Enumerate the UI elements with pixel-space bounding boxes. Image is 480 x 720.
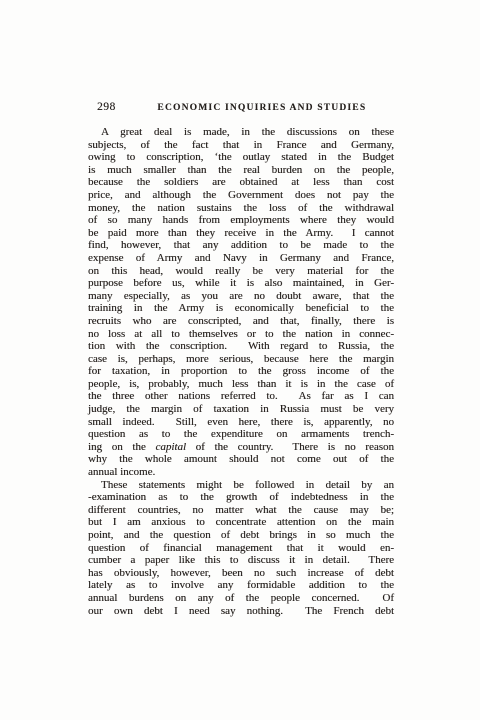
text-line: judge, the margin of taxation in Russia … — [88, 403, 394, 416]
text-line: purpose before us, while it is also main… — [88, 277, 394, 290]
text-line: small indeed. Still, even here, there is… — [88, 416, 394, 429]
text-line: annual income. — [88, 466, 394, 479]
text-line: different countries, no matter what the … — [88, 504, 394, 517]
text-line: cumber a paper like this to discuss it i… — [88, 554, 394, 567]
text-line: money, the nation sustains the loss of t… — [88, 202, 394, 215]
text-line: lately as to involve any formidable addi… — [88, 579, 394, 592]
paragraph-2: These statements might be followed in de… — [88, 479, 394, 618]
text-line: no loss at all to themselves or to the n… — [88, 328, 394, 341]
text-line: the three other nations referred to. As … — [88, 390, 394, 403]
text-block: A great deal is made, in the discussions… — [88, 126, 394, 617]
text-line: These statements might be followed in de… — [88, 479, 394, 492]
text-line: find, however, that any addition to be m… — [88, 239, 394, 252]
text-line: training in the Army is economically ben… — [88, 302, 394, 315]
text-line: our own debt I need say nothing. The Fre… — [88, 605, 394, 618]
text-line: annual burdens on any of the people conc… — [88, 592, 394, 605]
text-line: be paid more than they receive in the Ar… — [88, 227, 394, 240]
text-line: people, is, probably, much less than it … — [88, 378, 394, 391]
text-line: why the whole amount should not come out… — [88, 453, 394, 466]
text-line: price, and although the Government does … — [88, 189, 394, 202]
text-line: case is, perhaps, more serious, because … — [88, 353, 394, 366]
text-line: -examination as to the growth of indebte… — [88, 491, 394, 504]
text-line: for taxation, in proportion to the gross… — [88, 365, 394, 378]
text-line: of so many hands from employments where … — [88, 214, 394, 227]
text-line: many especially, as you are no doubt awa… — [88, 290, 394, 303]
text-line: because the soldiers are obtained at les… — [88, 176, 394, 189]
book-page: 298 ECONOMIC INQUIRIES AND STUDIES A gre… — [0, 0, 480, 720]
text-line: A great deal is made, in the discussions… — [88, 126, 394, 139]
text-line: owing to conscription, ‘the outlay state… — [88, 151, 394, 164]
text-line: subjects, of the fact that in France and… — [88, 139, 394, 152]
text-line: ing on the capital of the country. There… — [88, 441, 394, 454]
text-line: tion with the conscription. With regard … — [88, 340, 394, 353]
page-number: 298 — [88, 101, 116, 113]
text-line: has obviously, however, been no such inc… — [88, 567, 394, 580]
running-title: ECONOMIC INQUIRIES AND STUDIES — [116, 103, 394, 113]
text-line: recruits who are conscripted, and that, … — [88, 315, 394, 328]
text-line: on this head, would really be very mater… — [88, 265, 394, 278]
text-line: question as to the expenditure on armame… — [88, 428, 394, 441]
text-line: but I am anxious to concentrate attentio… — [88, 516, 394, 529]
text-line: is much smaller than the real burden on … — [88, 164, 394, 177]
text-line: question of financial management that it… — [88, 542, 394, 555]
text-line: point, and the question of debt brings i… — [88, 529, 394, 542]
page-header: 298 ECONOMIC INQUIRIES AND STUDIES — [88, 101, 394, 113]
paragraph-1: A great deal is made, in the discussions… — [88, 126, 394, 479]
text-line: expense of Army and Navy in Germany and … — [88, 252, 394, 265]
